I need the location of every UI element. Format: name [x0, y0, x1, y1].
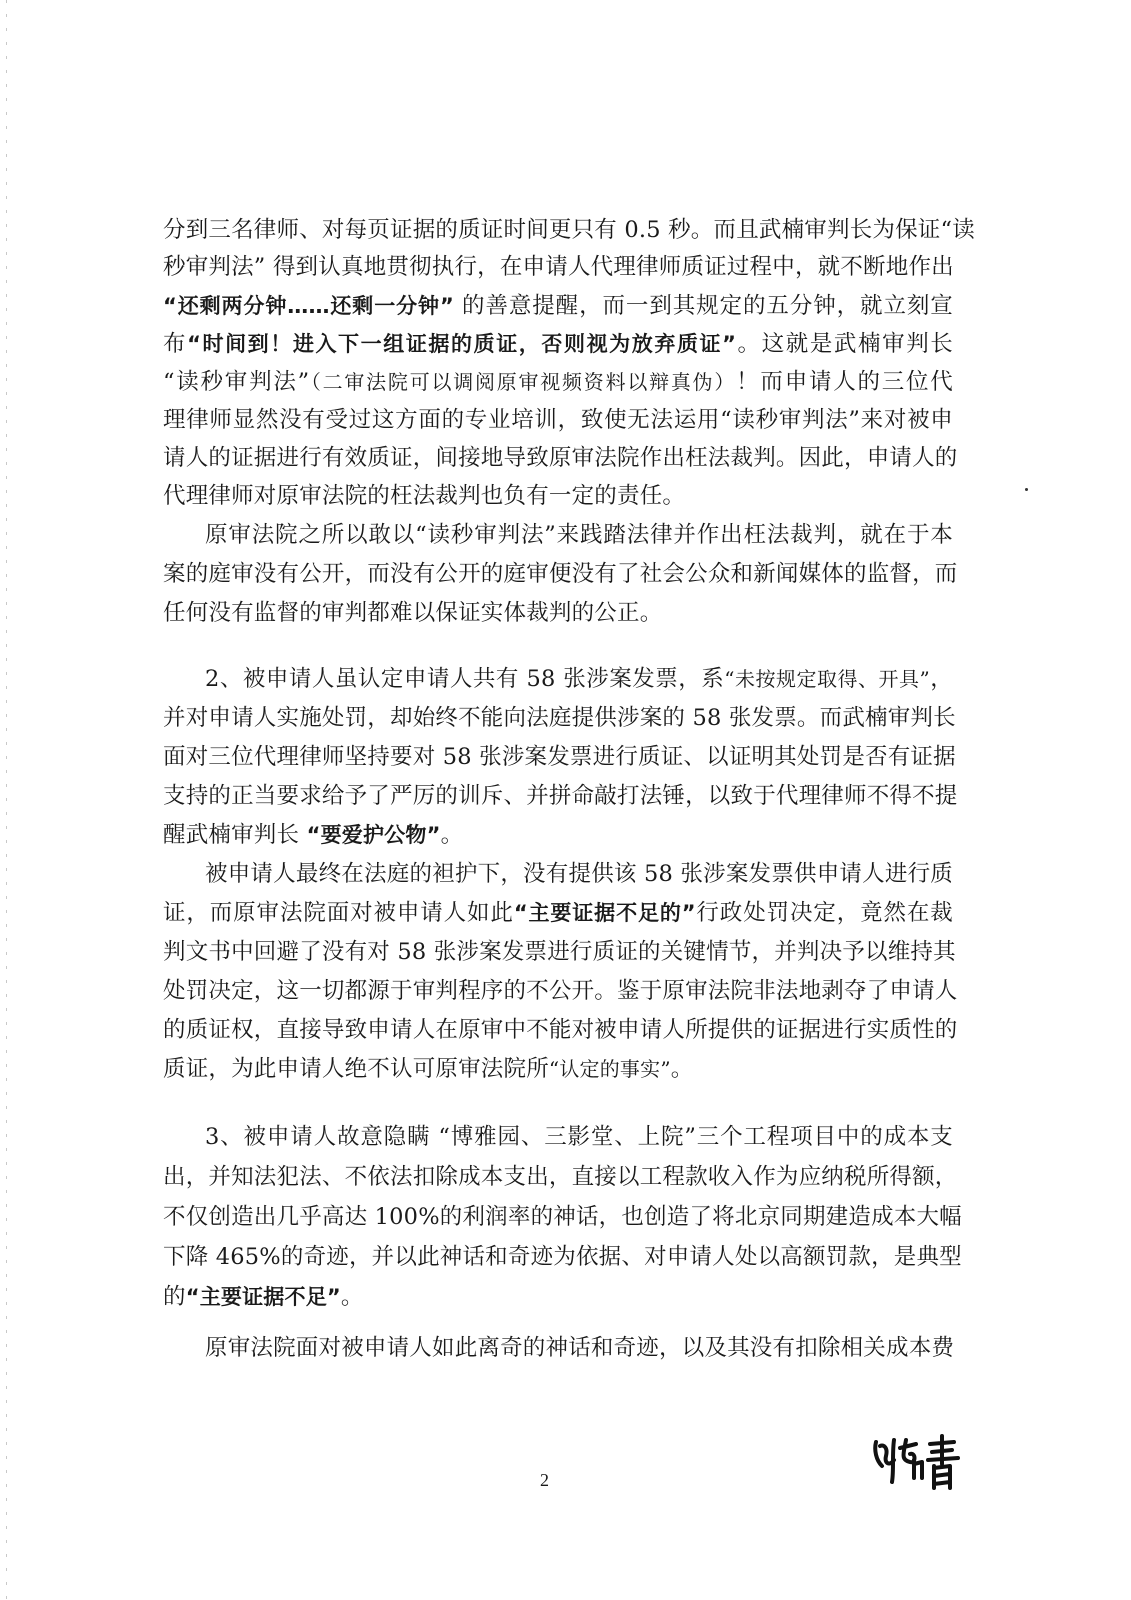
text-segment: 行政处罚决定，竟然在裁 [696, 900, 953, 926]
text-line: 处罚决定，这一切都源于审判程序的不公开。鉴于原审法院非法地剥夺了申请人 [163, 974, 953, 1008]
text-segment: 证，而原审法院面对被申请人如此 [163, 900, 514, 926]
scan-speck [1025, 488, 1028, 491]
text-segment: 醒武楠审判长 [163, 822, 307, 848]
text-line: 证，而原审法院面对被申请人如此“主要证据不足的”行政处罚决定，竟然在裁 [163, 896, 953, 930]
text-segment: “读秒审判法” [163, 369, 309, 395]
text-line: 任何没有监督的审判都难以保证实体裁判的公正。 [163, 596, 953, 630]
text-line: “读秒审判法”（二审法院可以调阅原审视频资料以辩真伪）！而申请人的三位代 [163, 365, 953, 399]
text-segment: 请人的证据进行有效质证，间接地导致原审法院作出枉法裁判。因此，申请人的 [163, 445, 958, 471]
text-line: 下降 465%的奇迹，并以此神话和奇迹为依据、对申请人处以高额罚款，是典型 [163, 1240, 953, 1274]
text-line: 出，并知法犯法、不依法扣除成本支出，直接以工程款收入作为应纳税所得额， [163, 1160, 953, 1194]
text-line: 不仅创造出几乎高达 100%的利润率的神话，也创造了将北京同期建造成本大幅 [163, 1200, 953, 1234]
text-segment: 的质证权，直接导致申请人在原审中不能对被申请人所提供的证据进行实质性的 [163, 1017, 958, 1043]
emphasized-text: “还剩两分钟……还剩一分钟” [163, 294, 454, 318]
document-page: 分到三名律师、对每页证据的质证时间更只有 0.5 秒。而且武楠审判长为保证“读秒… [0, 0, 1131, 1600]
text-segment: 质证，为此申请人绝不认可原审法院所 [163, 1056, 549, 1082]
text-segment: ！而申请人的三位代 [736, 369, 953, 395]
text-segment: 判文书中回避了没有对 58 张涉案发票进行质证的关键情节，并判决予以维持其 [163, 939, 956, 965]
emphasized-text: “要爱护公物” [307, 823, 441, 847]
text-line: 2、被申请人虽认定申请人共有 58 张涉案发票，系“未按规定取得、开具”， [205, 662, 953, 696]
text-segment: 。 [671, 1056, 694, 1082]
text-line: 支持的正当要求给予了严厉的训斥、并拼命敲打法锤，以致于代理律师不得不提 [163, 779, 953, 813]
text-line: 分到三名律师、对每页证据的质证时间更只有 0.5 秒。而且武楠审判长为保证“读 [163, 213, 953, 247]
text-line: 秒审判法” 得到认真地贯彻执行，在申请人代理律师质证过程中，就不断地作出 [163, 250, 953, 284]
text-segment: 3、被申请人故意隐瞒 “博雅园、三影堂、上院”三个工程项目中的成本支 [205, 1124, 953, 1150]
text-segment: 原审法院面对被申请人如此离奇的神话和奇迹，以及其没有扣除相关成本费 [205, 1335, 954, 1361]
text-line: 理律师显然没有受过这方面的专业培训，致使无法运用“读秒审判法”来对被申 [163, 403, 953, 437]
emphasized-text: “时间到！进入下一组证据的质证，否则视为放弃质证” [187, 332, 736, 356]
text-segment: 。 [341, 1284, 364, 1310]
page-number: 2 [540, 1470, 549, 1491]
text-line: 请人的证据进行有效质证，间接地导致原审法院作出枉法裁判。因此，申请人的 [163, 441, 953, 475]
text-segment: 面对三位代理律师坚持要对 58 张涉案发票进行质证、以证明其处罚是否有证据 [163, 744, 956, 770]
text-segment: 理律师显然没有受过这方面的专业培训，致使无法运用“读秒审判法”来对被申 [163, 407, 953, 433]
text-line: 的“主要证据不足”。 [163, 1280, 953, 1314]
signature-icon [870, 1430, 970, 1490]
text-segment: 的善意提醒，而一到其规定的五分钟，就立刻宣 [454, 293, 953, 319]
text-line: 代理律师对原审法院的枉法裁判也负有一定的责任。 [163, 479, 953, 513]
text-segment: 。这就是武楠审判长 [736, 331, 953, 357]
text-line: 面对三位代理律师坚持要对 58 张涉案发票进行质证、以证明其处罚是否有证据 [163, 740, 953, 774]
scan-edge [6, 0, 7, 1600]
text-line: 质证，为此申请人绝不认可原审法院所“认定的事实”。 [163, 1052, 953, 1086]
text-line: “还剩两分钟……还剩一分钟” 的善意提醒，而一到其规定的五分钟，就立刻宣 [163, 289, 953, 323]
text-segment: ， [930, 666, 953, 692]
emphasized-text: “主要证据不足” [186, 1285, 341, 1309]
text-segment: 秒审判法” 得到认真地贯彻执行，在申请人代理律师质证过程中，就不断地作出 [163, 254, 954, 280]
text-segment: 布 [163, 331, 187, 357]
text-line: 布“时间到！进入下一组证据的质证，否则视为放弃质证”。这就是武楠审判长 [163, 327, 953, 361]
text-segment: 被申请人最终在法庭的袒护下，没有提供该 58 张涉案发票供申请人进行质 [205, 861, 953, 887]
text-segment: 出，并知法犯法、不依法扣除成本支出，直接以工程款收入作为应纳税所得额， [163, 1164, 958, 1190]
text-line: 判文书中回避了没有对 58 张涉案发票进行质证的关键情节，并判决予以维持其 [163, 935, 953, 969]
emphasized-text: “主要证据不足的” [514, 901, 696, 925]
quoted-note: “认定的事实” [549, 1057, 671, 1081]
text-line: 原审法院之所以敢以“读秒审判法”来践踏法律并作出枉法裁判，就在于本 [205, 518, 953, 552]
text-segment: 任何没有监督的审判都难以保证实体裁判的公正。 [163, 600, 662, 626]
text-segment: 原审法院之所以敢以“读秒审判法”来践踏法律并作出枉法裁判，就在于本 [205, 522, 953, 548]
text-segment: 。 [441, 822, 464, 848]
text-segment: 分到三名律师、对每页证据的质证时间更只有 0.5 秒。而且武楠审判长为保证“读 [163, 217, 975, 243]
text-segment: 案的庭审没有公开，而没有公开的庭审便没有了社会公众和新闻媒体的监督，而 [163, 561, 958, 587]
quoted-note: （二审法院可以调阅原审视频资料以辩真伪） [309, 370, 736, 394]
quoted-note: “未按规定取得、开具” [724, 667, 930, 691]
text-line: 3、被申请人故意隐瞒 “博雅园、三影堂、上院”三个工程项目中的成本支 [205, 1120, 953, 1154]
text-segment: 并对申请人实施处罚，却始终不能向法庭提供涉案的 58 张发票。而武楠审判长 [163, 705, 956, 731]
text-line: 的质证权，直接导致申请人在原审中不能对被申请人所提供的证据进行实质性的 [163, 1013, 953, 1047]
text-segment: 的 [163, 1284, 186, 1310]
text-line: 并对申请人实施处罚，却始终不能向法庭提供涉案的 58 张发票。而武楠审判长 [163, 701, 953, 735]
text-line: 原审法院面对被申请人如此离奇的神话和奇迹，以及其没有扣除相关成本费 [205, 1331, 953, 1365]
text-segment: 2、被申请人虽认定申请人共有 58 张涉案发票，系 [205, 666, 724, 692]
text-segment: 下降 465%的奇迹，并以此神话和奇迹为依据、对申请人处以高额罚款，是典型 [163, 1244, 962, 1270]
text-line: 醒武楠审判长 “要爱护公物”。 [163, 818, 953, 852]
text-line: 被申请人最终在法庭的袒护下，没有提供该 58 张涉案发票供申请人进行质 [205, 857, 953, 891]
text-segment: 代理律师对原审法院的枉法裁判也负有一定的责任。 [163, 483, 685, 509]
text-line: 案的庭审没有公开，而没有公开的庭审便没有了社会公众和新闻媒体的监督，而 [163, 557, 953, 591]
text-segment: 处罚决定，这一切都源于审判程序的不公开。鉴于原审法院非法地剥夺了申请人 [163, 978, 958, 1004]
text-segment: 不仅创造出几乎高达 100%的利润率的神话，也创造了将北京同期建造成本大幅 [163, 1204, 962, 1230]
text-segment: 支持的正当要求给予了严厉的训斥、并拼命敲打法锤，以致于代理律师不得不提 [163, 783, 958, 809]
